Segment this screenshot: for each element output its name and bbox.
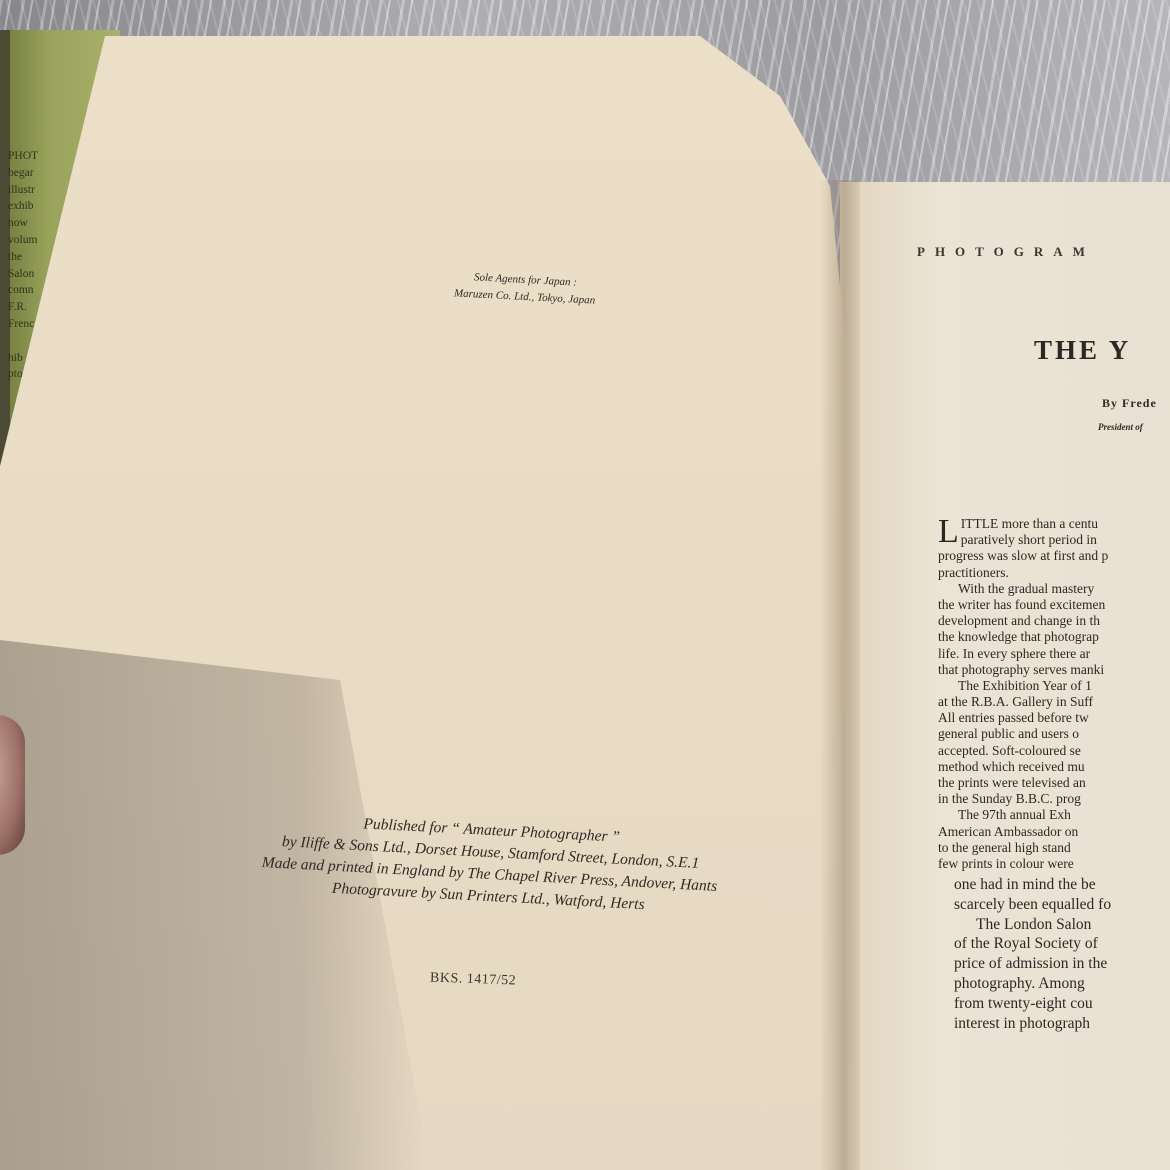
drop-cap: L [938, 517, 959, 547]
body-line: All entries passed before tw [938, 710, 1170, 726]
body-line: practitioners. [938, 565, 1170, 581]
body-line: scarcely been equalled fo [954, 895, 1170, 915]
body-line: interest in photograph [954, 1014, 1170, 1034]
body-line: the writer has found excitemen [938, 597, 1170, 613]
body-line: With the gradual mastery [938, 581, 1170, 597]
body-line: progress was slow at first and p [938, 548, 1170, 564]
body-line: that photography serves manki [938, 662, 1170, 678]
article-body: L ITTLE more than a centu paratively sho… [938, 516, 1170, 872]
body-line: paratively short period in [938, 532, 1170, 548]
book-gutter [820, 180, 860, 1170]
body-line: ITTLE more than a centu [938, 516, 1170, 532]
body-line: the knowledge that photograp [938, 629, 1170, 645]
body-line: The London Salon [954, 915, 1170, 935]
body-line: from twenty-eight cou [954, 994, 1170, 1014]
body-line: of the Royal Society of [954, 934, 1170, 954]
body-line: photography. Among [954, 974, 1170, 994]
body-line: general public and users o [938, 726, 1170, 742]
article-title: THE Y [1034, 335, 1131, 366]
body-line: development and change in th [938, 613, 1170, 629]
thumb [0, 715, 25, 855]
body-line: the prints were televised an [938, 775, 1170, 791]
body-line: life. In every sphere there ar [938, 646, 1170, 662]
author-affiliation: President of [1098, 422, 1143, 432]
body-line: method which received mu [938, 759, 1170, 775]
body-line: in the Sunday B.B.C. prog [938, 791, 1170, 807]
running-head: PHOTOGRAM [917, 244, 1095, 260]
article-body-continued: one had in mind the be scarcely been equ… [954, 875, 1170, 1033]
body-line: accepted. Soft-coloured se [938, 743, 1170, 759]
body-line: The 97th annual Exh [938, 807, 1170, 823]
body-line: American Ambassador on [938, 824, 1170, 840]
byline: By Frede [1102, 396, 1157, 411]
body-line: The Exhibition Year of 1 [938, 678, 1170, 694]
body-line: few prints in colour were [938, 856, 1170, 872]
catalog-code: BKS. 1417/52 [430, 971, 517, 990]
body-line: to the general high stand [938, 840, 1170, 856]
body-line: one had in mind the be [954, 875, 1170, 895]
body-line: price of admission in the [954, 954, 1170, 974]
body-line: at the R.B.A. Gallery in Suff [938, 694, 1170, 710]
